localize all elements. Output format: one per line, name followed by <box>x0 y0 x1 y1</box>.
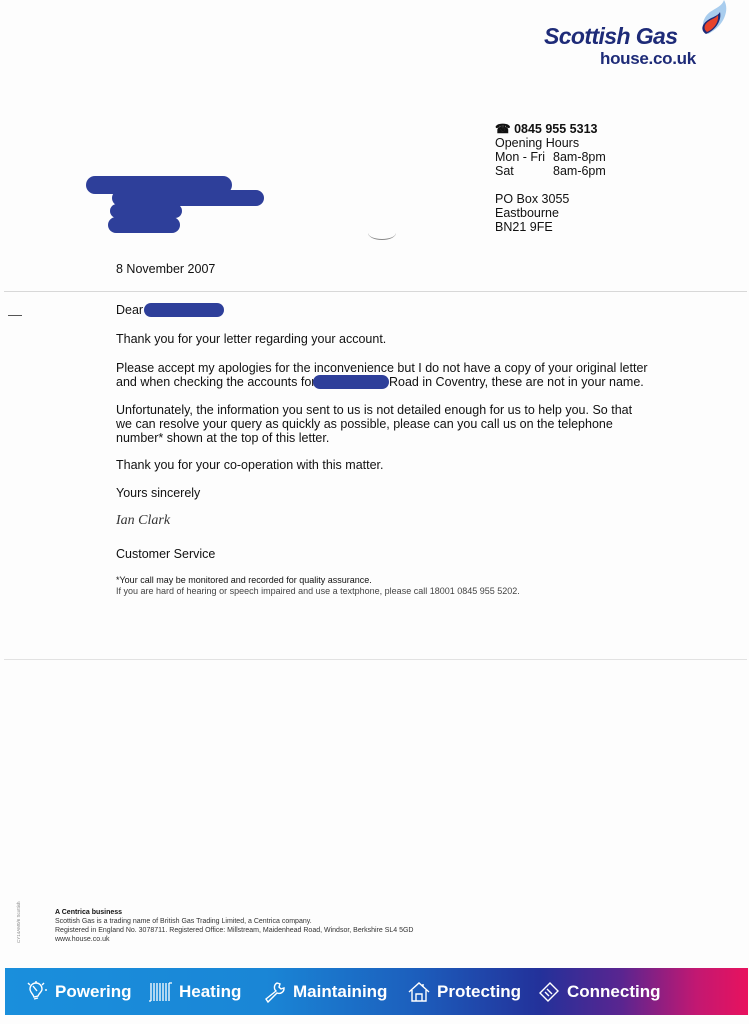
banner-label: Protecting <box>437 982 521 1002</box>
legal-footer: A Centrica business Scottish Gas is a tr… <box>55 908 413 944</box>
margin-mark <box>8 315 22 316</box>
closing: Yours sincerely <box>116 486 656 500</box>
fold-line <box>4 659 747 660</box>
brand-website: house.co.uk <box>600 49 696 69</box>
paragraph: Please accept my apologies for the incon… <box>116 361 656 389</box>
signature: Ian Clark <box>116 514 656 528</box>
letter-page: Scottish Gas house.co.uk ☎ 0845 955 5313… <box>0 0 749 1024</box>
pen-mark <box>368 226 396 240</box>
phone-number: 0845 955 5313 <box>514 122 597 136</box>
scottish-gas-logo: Scottish Gas house.co.uk <box>542 20 742 70</box>
telephone-icon: ☎ <box>495 122 511 136</box>
paragraph-line: and when checking the accounts for Road … <box>116 375 656 389</box>
hours-time: 8am-6pm <box>553 164 606 178</box>
website-link[interactable]: www.house.co.uk <box>55 935 413 944</box>
hours-title: Opening Hours <box>495 136 606 150</box>
print-code: CY14AM0/6 Scottish <box>16 901 21 943</box>
hours-day: Sat <box>495 164 553 178</box>
phone-tag-icon <box>537 980 561 1004</box>
salutation-text: Dear <box>116 303 143 317</box>
paragraph: Thank you for your co-operation with thi… <box>116 458 656 472</box>
lightbulb-icon <box>25 980 49 1004</box>
legal-line: Registered in England No. 3078711. Regis… <box>55 926 413 935</box>
hours-day: Mon - Fri <box>495 150 553 164</box>
address-line: PO Box 3055 <box>495 192 606 206</box>
hours-time: 8am-8pm <box>553 150 606 164</box>
banner-item-protecting: Protecting <box>407 980 521 1004</box>
banner-item-connecting: Connecting <box>537 980 661 1004</box>
services-banner: Powering Heating Maintaining Protecting <box>5 968 748 1015</box>
centrica-line: A Centrica business <box>55 908 413 917</box>
salutation: Dear <box>116 303 656 317</box>
footnote: *Your call may be monitored and recorded… <box>116 575 616 597</box>
hours-row: Sat 8am-6pm <box>495 164 606 178</box>
wrench-icon <box>263 980 287 1004</box>
house-icon <box>407 980 431 1004</box>
text-segment: and when checking the accounts for <box>116 375 315 389</box>
banner-item-heating: Heating <box>147 981 241 1003</box>
paragraph-line: Please accept my apologies for the incon… <box>116 361 656 375</box>
signatory-role: Customer Service <box>116 547 656 561</box>
letter-date: 8 November 2007 <box>116 262 656 276</box>
footnote-line: *Your call may be monitored and recorded… <box>116 575 616 586</box>
paragraph: Unfortunately, the information you sent … <box>116 403 646 445</box>
phone-line: ☎ 0845 955 5313 <box>495 122 606 136</box>
radiator-icon <box>147 981 173 1003</box>
banner-label: Connecting <box>567 982 661 1002</box>
banner-label: Heating <box>179 982 241 1002</box>
legal-line: Scottish Gas is a trading name of Britis… <box>55 917 413 926</box>
banner-item-maintaining: Maintaining <box>263 980 387 1004</box>
redacted-name <box>144 303 224 317</box>
footnote-line: If you are hard of hearing or speech imp… <box>116 586 616 597</box>
banner-label: Powering <box>55 982 132 1002</box>
fold-line <box>4 291 747 292</box>
hours-row: Mon - Fri 8am-8pm <box>495 150 606 164</box>
redacted-street <box>313 375 389 389</box>
banner-label: Maintaining <box>293 982 387 1002</box>
paragraph: Thank you for your letter regarding your… <box>116 332 656 346</box>
brand-name: Scottish Gas <box>544 23 677 50</box>
text-segment: Road in Coventry, these are not in your … <box>389 375 644 389</box>
address-line: BN21 9FE <box>495 220 606 234</box>
contact-block: ☎ 0845 955 5313 Opening Hours Mon - Fri … <box>495 122 606 234</box>
address-line: Eastbourne <box>495 206 606 220</box>
flame-icon <box>694 0 730 40</box>
banner-item-powering: Powering <box>25 980 132 1004</box>
